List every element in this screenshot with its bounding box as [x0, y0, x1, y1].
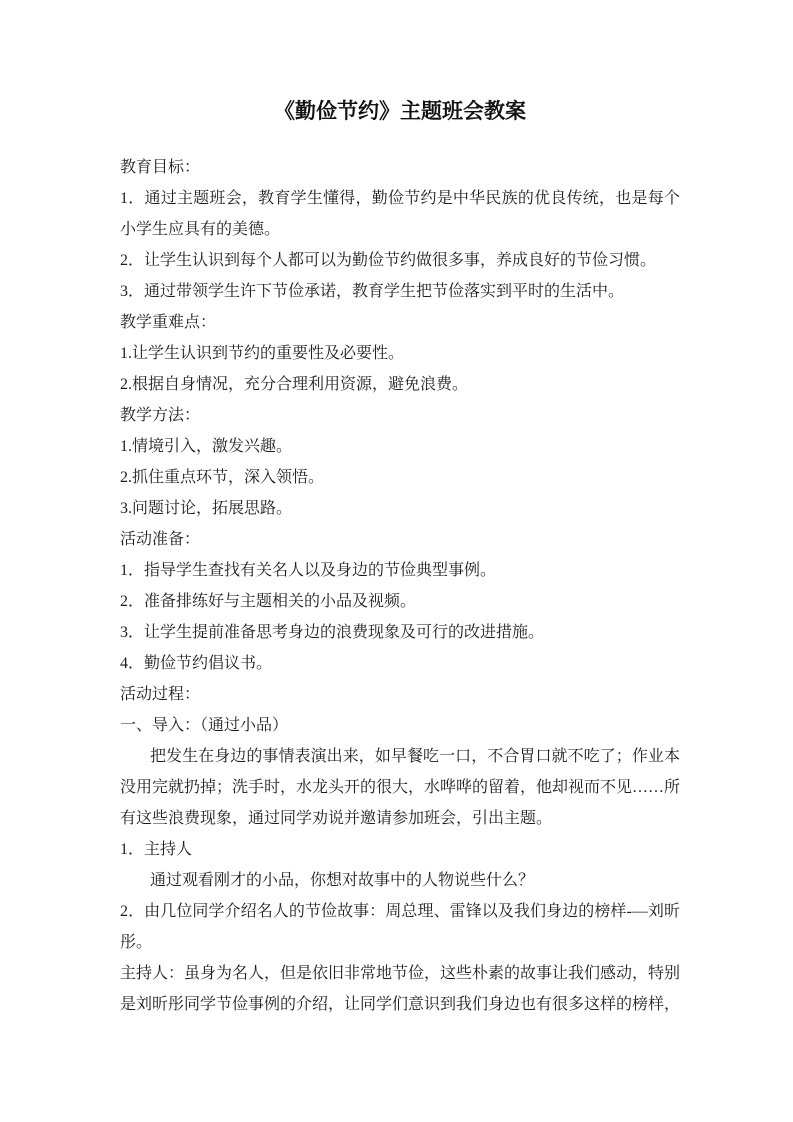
edu-goal-3: 3．通过带领学生许下节俭承诺，教育学生把节俭落实到平时的生活中。: [120, 276, 680, 307]
method-2: 2.抓住重点环节，深入领悟。: [120, 462, 680, 493]
heading-education-goals: 教育目标：: [120, 152, 680, 183]
intro-skit-description: 把发生在身边的事情表演出来，如早餐吃一口，不合胃口就不吃了；作业本没用完就扔掉；…: [120, 741, 680, 834]
heading-activity-preparation: 活动准备：: [120, 524, 680, 555]
edu-goal-2: 2．让学生认识到每个人都可以为勤俭节约做很多事，养成良好的节俭习惯。: [120, 245, 680, 276]
key-point-1: 1.让学生认识到节约的重要性及必要性。: [120, 338, 680, 369]
method-3: 3.问题讨论，拓展思路。: [120, 493, 680, 524]
host-comment: 主持人：虽身为名人，但是依旧非常地节俭，这些朴素的故事让我们感动，特别是刘昕彤同…: [120, 958, 680, 1020]
host-question: 通过观看刚才的小品，你想对故事中的人物说些什么？: [120, 865, 680, 896]
prep-4: 4．勤俭节约倡议书。: [120, 648, 680, 679]
heading-activity-process: 活动过程：: [120, 679, 680, 710]
prep-3: 3．让学生提前准备思考身边的浪费现象及可行的改进措施。: [120, 617, 680, 648]
document-page: 《勤俭节约》主题班会教案 教育目标： 1．通过主题班会，教育学生懂得，勤俭节约是…: [0, 0, 793, 1122]
process-host: 1．主持人: [120, 834, 680, 865]
process-famous-stories: 2．由几位同学介绍名人的节俭故事：周总理、雷锋以及我们身边的榜样-—刘昕彤。: [120, 896, 680, 958]
process-intro: 一、导入：（通过小品）: [120, 710, 680, 741]
document-content: 《勤俭节约》主题班会教案 教育目标： 1．通过主题班会，教育学生懂得，勤俭节约是…: [120, 94, 680, 1020]
method-1: 1.情境引入，激发兴趣。: [120, 431, 680, 462]
edu-goal-1: 1．通过主题班会，教育学生懂得，勤俭节约是中华民族的优良传统，也是每个小学生应具…: [120, 183, 680, 245]
heading-key-points: 教学重难点：: [120, 307, 680, 338]
key-point-2: 2.根据自身情况，充分合理利用资源，避免浪费。: [120, 369, 680, 400]
document-title: 《勤俭节约》主题班会教案: [120, 94, 680, 128]
heading-teaching-methods: 教学方法：: [120, 400, 680, 431]
prep-1: 1．指导学生查找有关名人以及身边的节俭典型事例。: [120, 555, 680, 586]
prep-2: 2．准备排练好与主题相关的小品及视频。: [120, 586, 680, 617]
